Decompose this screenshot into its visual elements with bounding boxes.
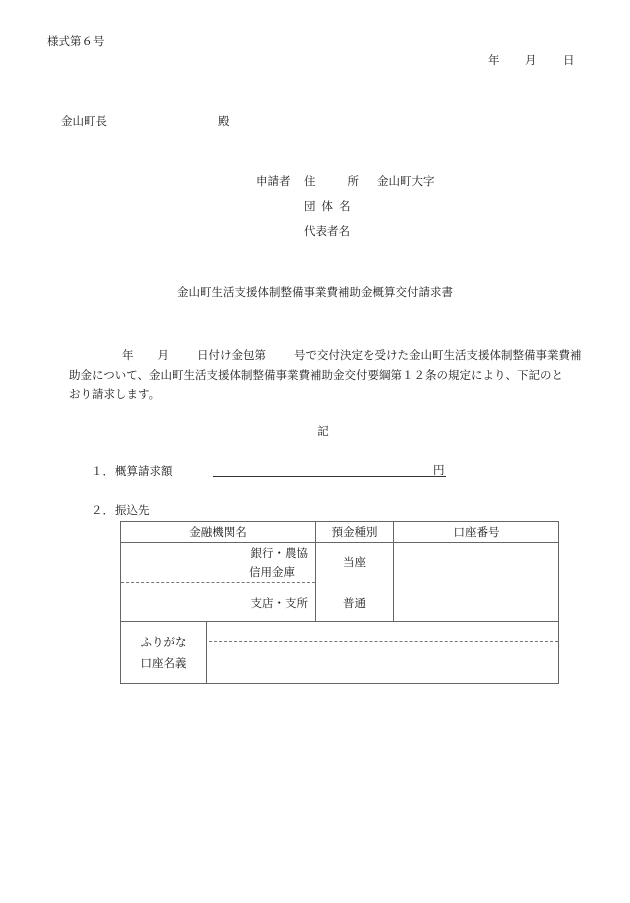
body-paragraph: 年月日付け金包第号で交付決定を受けた金山町生活支援体制整備事業費補 助金について… [72, 346, 612, 405]
furigana-dashed-divider [209, 641, 558, 642]
bank-name-input-area[interactable] [123, 544, 223, 580]
address-label-part1: 住 [304, 174, 316, 188]
organization-label-part1: 団 [304, 199, 316, 213]
date-year-label: 年 [488, 55, 500, 67]
body-month-label: 月 [158, 348, 170, 362]
bank-type-options-line1: 銀行・農協 [251, 548, 309, 560]
body-day-ref: 日付け金包第 [197, 348, 266, 362]
date-month-label: 月 [525, 55, 537, 67]
upper-lower-divider [121, 621, 558, 622]
amount-input-line[interactable] [213, 476, 446, 477]
body-line-2: 助金について、金山町生活支援体制整備事業費補助金交付要綱第１２条の規定により、下… [69, 366, 612, 386]
bank-type-options-line2: 信用金庫 [249, 567, 295, 579]
header-bank-name: 金融機関名 [121, 527, 315, 539]
item-1-label: 概算請求額 [115, 466, 173, 478]
deposit-type-ordinary[interactable]: 普通 [316, 598, 393, 610]
furigana-input-area[interactable] [209, 623, 557, 640]
form-number: 様式第６号 [47, 36, 105, 48]
address-label-part2: 所 [348, 174, 360, 188]
header-divider [121, 542, 558, 543]
header-account-number: 口座番号 [394, 527, 559, 539]
bank-transfer-table: 金融機関名 預金種別 口座番号 銀行・農協 信用金庫 支店・支所 当座 普通 ふ… [120, 521, 559, 684]
furigana-label: ふりがな [121, 637, 206, 649]
bank-branch-dashed-divider [121, 582, 315, 583]
addressee-honorific: 殿 [218, 116, 230, 128]
lower-col-divider [206, 621, 207, 684]
organization-label-part2: 体 [322, 199, 334, 213]
addressee-name: 金山町長 [61, 116, 107, 128]
date-day-label: 日 [563, 55, 575, 67]
body-line-3: おり請求します。 [69, 385, 612, 405]
account-number-input-area[interactable] [395, 544, 557, 620]
address-label: 住所 [304, 176, 359, 188]
organization-label: 団体名 [304, 201, 351, 213]
body-year-label: 年 [122, 348, 134, 362]
account-holder-label: 口座名義 [121, 658, 206, 670]
amount-unit: 円 [433, 465, 445, 477]
address-value: 金山町大字 [377, 176, 435, 188]
header-deposit-type: 預金種別 [316, 527, 393, 539]
ki-heading: 記 [0, 426, 630, 438]
item-2-number: ２． [91, 505, 114, 517]
document-title: 金山町生活支援体制整備事業費補助金概算交付請求書 [0, 287, 630, 299]
body-line-1: 年月日付け金包第号で交付決定を受けた金山町生活支援体制整備事業費補 [72, 346, 612, 366]
deposit-type-current[interactable]: 当座 [316, 557, 393, 569]
item-1-number: １． [91, 466, 114, 478]
branch-type-options: 支店・支所 [251, 598, 309, 610]
applicant-label: 申請者 [256, 176, 291, 188]
item-2-label: 振込先 [115, 505, 150, 517]
branch-name-input-area[interactable] [123, 584, 223, 619]
account-holder-input-area[interactable] [209, 643, 557, 682]
representative-label: 代表者名 [304, 226, 350, 238]
organization-label-part3: 名 [339, 199, 351, 213]
body-line1-rest: 号で交付決定を受けた金山町生活支援体制整備事業費補 [294, 348, 582, 362]
